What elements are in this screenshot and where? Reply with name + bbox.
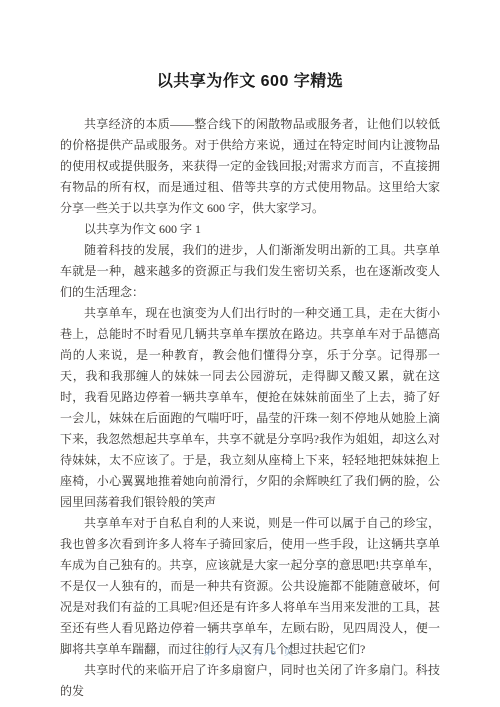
document-body: 共享经济的本质——整合线下的闲散物品或服务者，让他们以较低的价格提供产品或服务。… [60,114,440,702]
page-footer: 第 1 页 共 6 页 [0,644,500,658]
paragraph-3: 共享单车，现在也演变为人们出行时的一种交通工具，走在大街小巷上，总能时不时看见几… [60,303,440,513]
paragraph-4: 共享单车对于自私自利的人来说，则是一件可以属于自己的珍宝，我也曾多次看到许多人将… [60,513,440,660]
page-title: 以共享为作文 600 字精选 [0,0,500,91]
page-number-indicator: 第 1 页 共 6 页 [204,648,296,658]
paragraph-subheading: 以共享为作文 600 字 1 [60,219,440,240]
document-viewer: 以共享为作文 600 字精选 共享经济的本质——整合线下的闲散物品或服务者，让他… [0,0,500,707]
document-page: 以共享为作文 600 字精选 共享经济的本质——整合线下的闲散物品或服务者，让他… [0,0,500,707]
paragraph-5: 共享时代的来临开启了许多扇窗户，同时也关闭了许多扇门。科技的发 [60,660,440,702]
paragraph-2: 随着科技的发展，我们的进步，人们渐渐发明出新的工具。共享单车就是一种，越来越多的… [60,240,440,303]
paragraph-intro: 共享经济的本质——整合线下的闲散物品或服务者，让他们以较低的价格提供产品或服务。… [60,114,440,219]
